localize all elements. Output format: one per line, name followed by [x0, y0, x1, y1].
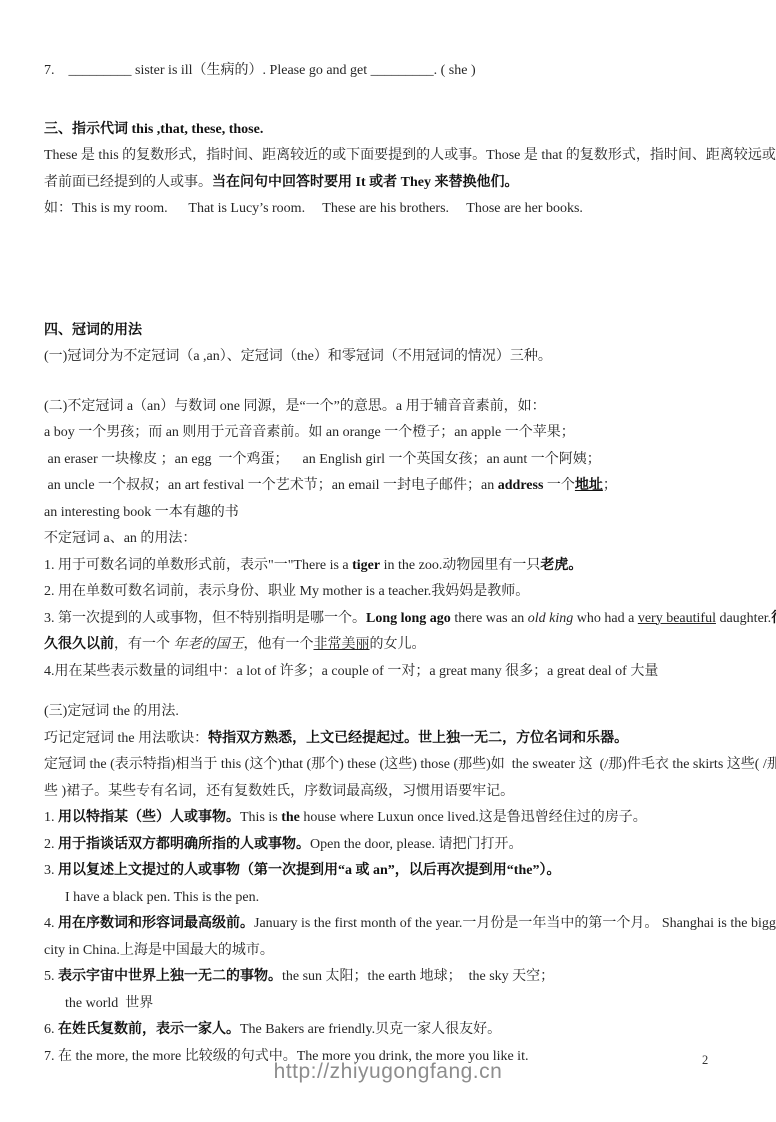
text-segment: an uncle 一个叔叔；an art festival 一个艺术节；an e… — [44, 478, 498, 493]
indefinite-article-line-1: (二)不定冠词 a（an）与数词 one 同源，是“一个”的意思。a 用于辅音音… — [44, 394, 760, 421]
definite-article-line-12: the world 世界 — [44, 991, 760, 1018]
text-segment: tiger — [352, 558, 380, 573]
text-segment: 4.用在某些表示数量的词组中：a lot of 许多；a couple of 一… — [44, 664, 658, 679]
text-segment: 用在序数词和形容词最高级前。 — [58, 916, 254, 931]
text-segment: These 是 this 的复数形式，指时间、距离较近的或下面要提到的人或事。T… — [44, 148, 776, 163]
text-segment: 些 )裙子。某些专有名词，还有复数姓氏，序数词最高级，习惯用语要牢记。 — [44, 784, 514, 799]
definite-article-line-6: 2. 用于指谈话双方都明确所指的人或事物。Open the door, plea… — [44, 832, 760, 859]
text-segment: ，有一个 — [114, 637, 174, 652]
text-segment: 地址 — [575, 478, 603, 493]
indefinite-article-line-9: 3. 第一次提到的人或事物，但不特别指明是哪一个。Long long ago t… — [44, 606, 760, 633]
section-demonstratives-line-2: These 是 this 的复数形式，指时间、距离较近的或下面要提到的人或事。T… — [44, 143, 760, 170]
text-segment: 的女儿。 — [370, 637, 426, 652]
text-segment: house where Luxun once lived.这是鲁迅曾经住过的房子… — [300, 810, 647, 825]
text-segment: This is — [240, 810, 281, 825]
exercise-line-7: 7. _________ sister is ill（生病的）. Please … — [44, 58, 760, 85]
text-segment: an interesting book 一本有趣的书 — [44, 505, 239, 520]
text-segment: 1. — [44, 810, 58, 825]
text-segment: 7. _________ sister is ill（生病的）. Please … — [44, 63, 476, 78]
text-segment: 特指双方熟悉，上文已经提起过。世上独一无二，方位名词和乐器。 — [208, 731, 628, 746]
definite-article-line-5: 1. 用以特指某（些）人或事物。This is the house where … — [44, 805, 760, 832]
text-segment: 1. 用于可数名词的单数形式前，表示"一"There is a — [44, 558, 352, 573]
definite-article-line-11: 5. 表示宇宙中世界上独一无二的事物。the sun 太阳；the earth … — [44, 964, 760, 991]
text-segment: Long long ago — [366, 611, 451, 626]
text-segment: 定冠词 the (表示特指)相当于 this (这个)that (那个) the… — [44, 757, 776, 772]
text-segment: 在姓氏复数前，表示一家人。 — [58, 1022, 240, 1037]
text-segment: 不定冠词 a、an 的用法： — [44, 531, 196, 546]
definite-article-line-9: 4. 用在序数词和形容词最高级前。January is the first mo… — [44, 911, 760, 938]
indefinite-article-line-11: 4.用在某些表示数量的词组中：a lot of 许多；a couple of 一… — [44, 659, 760, 686]
definite-article-line-8: I have a black pen. This is the pen. — [44, 885, 760, 912]
text-segment: very beautiful — [638, 611, 716, 626]
text-segment: I have a black pen. This is the pen. — [44, 890, 259, 905]
section-articles-heading: 四、冠词的用法(一)冠词分为不定冠词（a ,an）、定冠词（the）和零冠词（不… — [44, 318, 760, 371]
text-segment: The Bakers are friendly.贝克一家人很友好。 — [240, 1022, 501, 1037]
text-segment: 年老的国王 — [174, 637, 244, 652]
text-segment: January is the first month of the year.一… — [254, 916, 776, 931]
text-segment: old king — [528, 611, 574, 626]
definite-article-line-13: 6. 在姓氏复数前，表示一家人。The Bakers are friendly.… — [44, 1017, 760, 1044]
heading-demonstratives: 三、指示代词 this ,that, these, those. — [44, 117, 760, 144]
indefinite-article-line-7: 1. 用于可数名词的单数形式前，表示"一"There is a tiger in… — [44, 553, 760, 580]
text-segment: 四、冠词的用法 — [44, 323, 142, 338]
text-segment: daughter. — [716, 611, 771, 626]
text-segment: (一)冠词分为不定冠词（a ,an）、定冠词（the）和零冠词（不用冠词的情况）… — [44, 349, 552, 364]
text-segment: 巧记定冠词 the 用法歌诀： — [44, 731, 208, 746]
indefinite-article-line-8: 2. 用在单数可数名词前，表示身份、职业 My mother is a teac… — [44, 579, 760, 606]
text-segment: 5. — [44, 969, 58, 984]
text-segment: 用以特指某（些）人或事物。 — [58, 810, 240, 825]
text-segment: 3. — [44, 863, 58, 878]
text-segment: who had a — [573, 611, 638, 626]
text-segment: 用于指谈话双方都明确所指的人或事物。 — [58, 837, 310, 852]
definite-article-line-2: 巧记定冠词 the 用法歌诀：特指双方熟悉，上文已经提起过。世上独一无二，方位名… — [44, 726, 760, 753]
text-segment: (三)定冠词 the 的用法. — [44, 704, 179, 719]
text-segment: the sun 太阳；the earth 地球； the sky 天空； — [282, 969, 554, 984]
definite-article-line-3: 定冠词 the (表示特指)相当于 this (这个)that (那个) the… — [44, 752, 760, 779]
exercise-item-7: 7. _________ sister is ill（生病的）. Please … — [44, 58, 760, 85]
section-demonstratives: 三、指示代词 this ,that, these, those.These 是 … — [44, 117, 760, 223]
footer-url: http://zhiyugongfang.cn — [0, 1060, 776, 1084]
text-segment: 很 — [771, 611, 776, 626]
text-segment: 表示宇宙中世界上独一无二的事物。 — [58, 969, 282, 984]
text-segment: the — [281, 810, 300, 825]
text-segment: there was an — [451, 611, 528, 626]
text-segment: 者前面已经提到的人或事。 — [44, 175, 212, 190]
text-segment: (二)不定冠词 a（an）与数词 one 同源，是“一个”的意思。a 用于辅音音… — [44, 399, 546, 414]
heading-articles: 四、冠词的用法 — [44, 318, 760, 345]
definite-article-line-7: 3. 用以复述上文提过的人或事物（第一次提到用“a 或 an”，以后再次提到用“… — [44, 858, 760, 885]
text-segment: 久很久以前 — [44, 637, 114, 652]
text-segment: 2. 用在单数可数名词前，表示身份、职业 My mother is a teac… — [44, 584, 529, 599]
text-segment: the world 世界 — [44, 996, 153, 1011]
text-segment: address — [498, 478, 544, 493]
text-segment: 3. 第一次提到的人或事物，但不特别指明是哪一个。 — [44, 611, 366, 626]
indefinite-article: (二)不定冠词 a（an）与数词 one 同源，是“一个”的意思。a 用于辅音音… — [44, 394, 760, 686]
indefinite-article-line-2: a boy 一个男孩；而 an 则用于元音音素前。如 an orange 一个橙… — [44, 420, 760, 447]
section-demonstratives-line-3: 者前面已经提到的人或事。当在问句中回答时要用 It 或者 They 来替换他们。 — [44, 170, 760, 197]
indefinite-article-line-6: 不定冠词 a、an 的用法： — [44, 526, 760, 553]
text-segment: 4. — [44, 916, 58, 931]
text-segment: 如：This is my room. That is Lucy’s room. … — [44, 201, 583, 216]
indefinite-article-line-10: 久很久以前，有一个 年老的国王，他有一个非常美丽的女儿。 — [44, 632, 760, 659]
text-segment: a boy 一个男孩；而 an 则用于元音音素前。如 an orange 一个橙… — [44, 425, 575, 440]
page-number: 2 — [702, 1053, 708, 1068]
text-segment: 老虎。 — [540, 558, 582, 573]
text-segment: ； — [603, 478, 617, 493]
section-demonstratives-line-4: 如：This is my room. That is Lucy’s room. … — [44, 196, 760, 223]
section-articles-heading-line-2: (一)冠词分为不定冠词（a ,an）、定冠词（the）和零冠词（不用冠词的情况）… — [44, 344, 760, 371]
definite-article-line-4: 些 )裙子。某些专有名词，还有复数姓氏，序数词最高级，习惯用语要牢记。 — [44, 779, 760, 806]
indefinite-article-line-3: an eraser 一块橡皮 ；an egg 一个鸡蛋； an English … — [44, 447, 760, 474]
text-segment: Open the door, please. 请把门打开。 — [310, 837, 523, 852]
indefinite-article-line-4: an uncle 一个叔叔；an art festival 一个艺术节；an e… — [44, 473, 760, 500]
text-segment: 2. — [44, 837, 58, 852]
definite-article: (三)定冠词 the 的用法.巧记定冠词 the 用法歌诀：特指双方熟悉，上文已… — [44, 699, 760, 1070]
text-segment: 6. — [44, 1022, 58, 1037]
indefinite-article-line-5: an interesting book 一本有趣的书 — [44, 500, 760, 527]
text-segment: 一个 — [543, 478, 575, 493]
text-segment: ，他有一个 — [244, 637, 314, 652]
text-segment: 三、指示代词 this ,that, these, those. — [44, 122, 263, 137]
text-segment: in the zoo.动物园里有一只 — [380, 558, 540, 573]
document-body: 7. _________ sister is ill（生病的）. Please … — [44, 58, 760, 1070]
text-segment: 当在问句中回答时要用 It 或者 They 来替换他们。 — [212, 175, 518, 190]
text-segment: an eraser 一块橡皮 ；an egg 一个鸡蛋； an English … — [44, 452, 601, 467]
text-segment: 用以复述上文提过的人或事物（第一次提到用“a 或 an”，以后再次提到用“the… — [58, 863, 560, 878]
text-segment: 非常美丽 — [314, 637, 370, 652]
definite-article-line-10: city in China.上海是中国最大的城市。 — [44, 938, 760, 965]
text-segment: city in China.上海是中国最大的城市。 — [44, 943, 274, 958]
definite-article-line-1: (三)定冠词 the 的用法. — [44, 699, 760, 726]
